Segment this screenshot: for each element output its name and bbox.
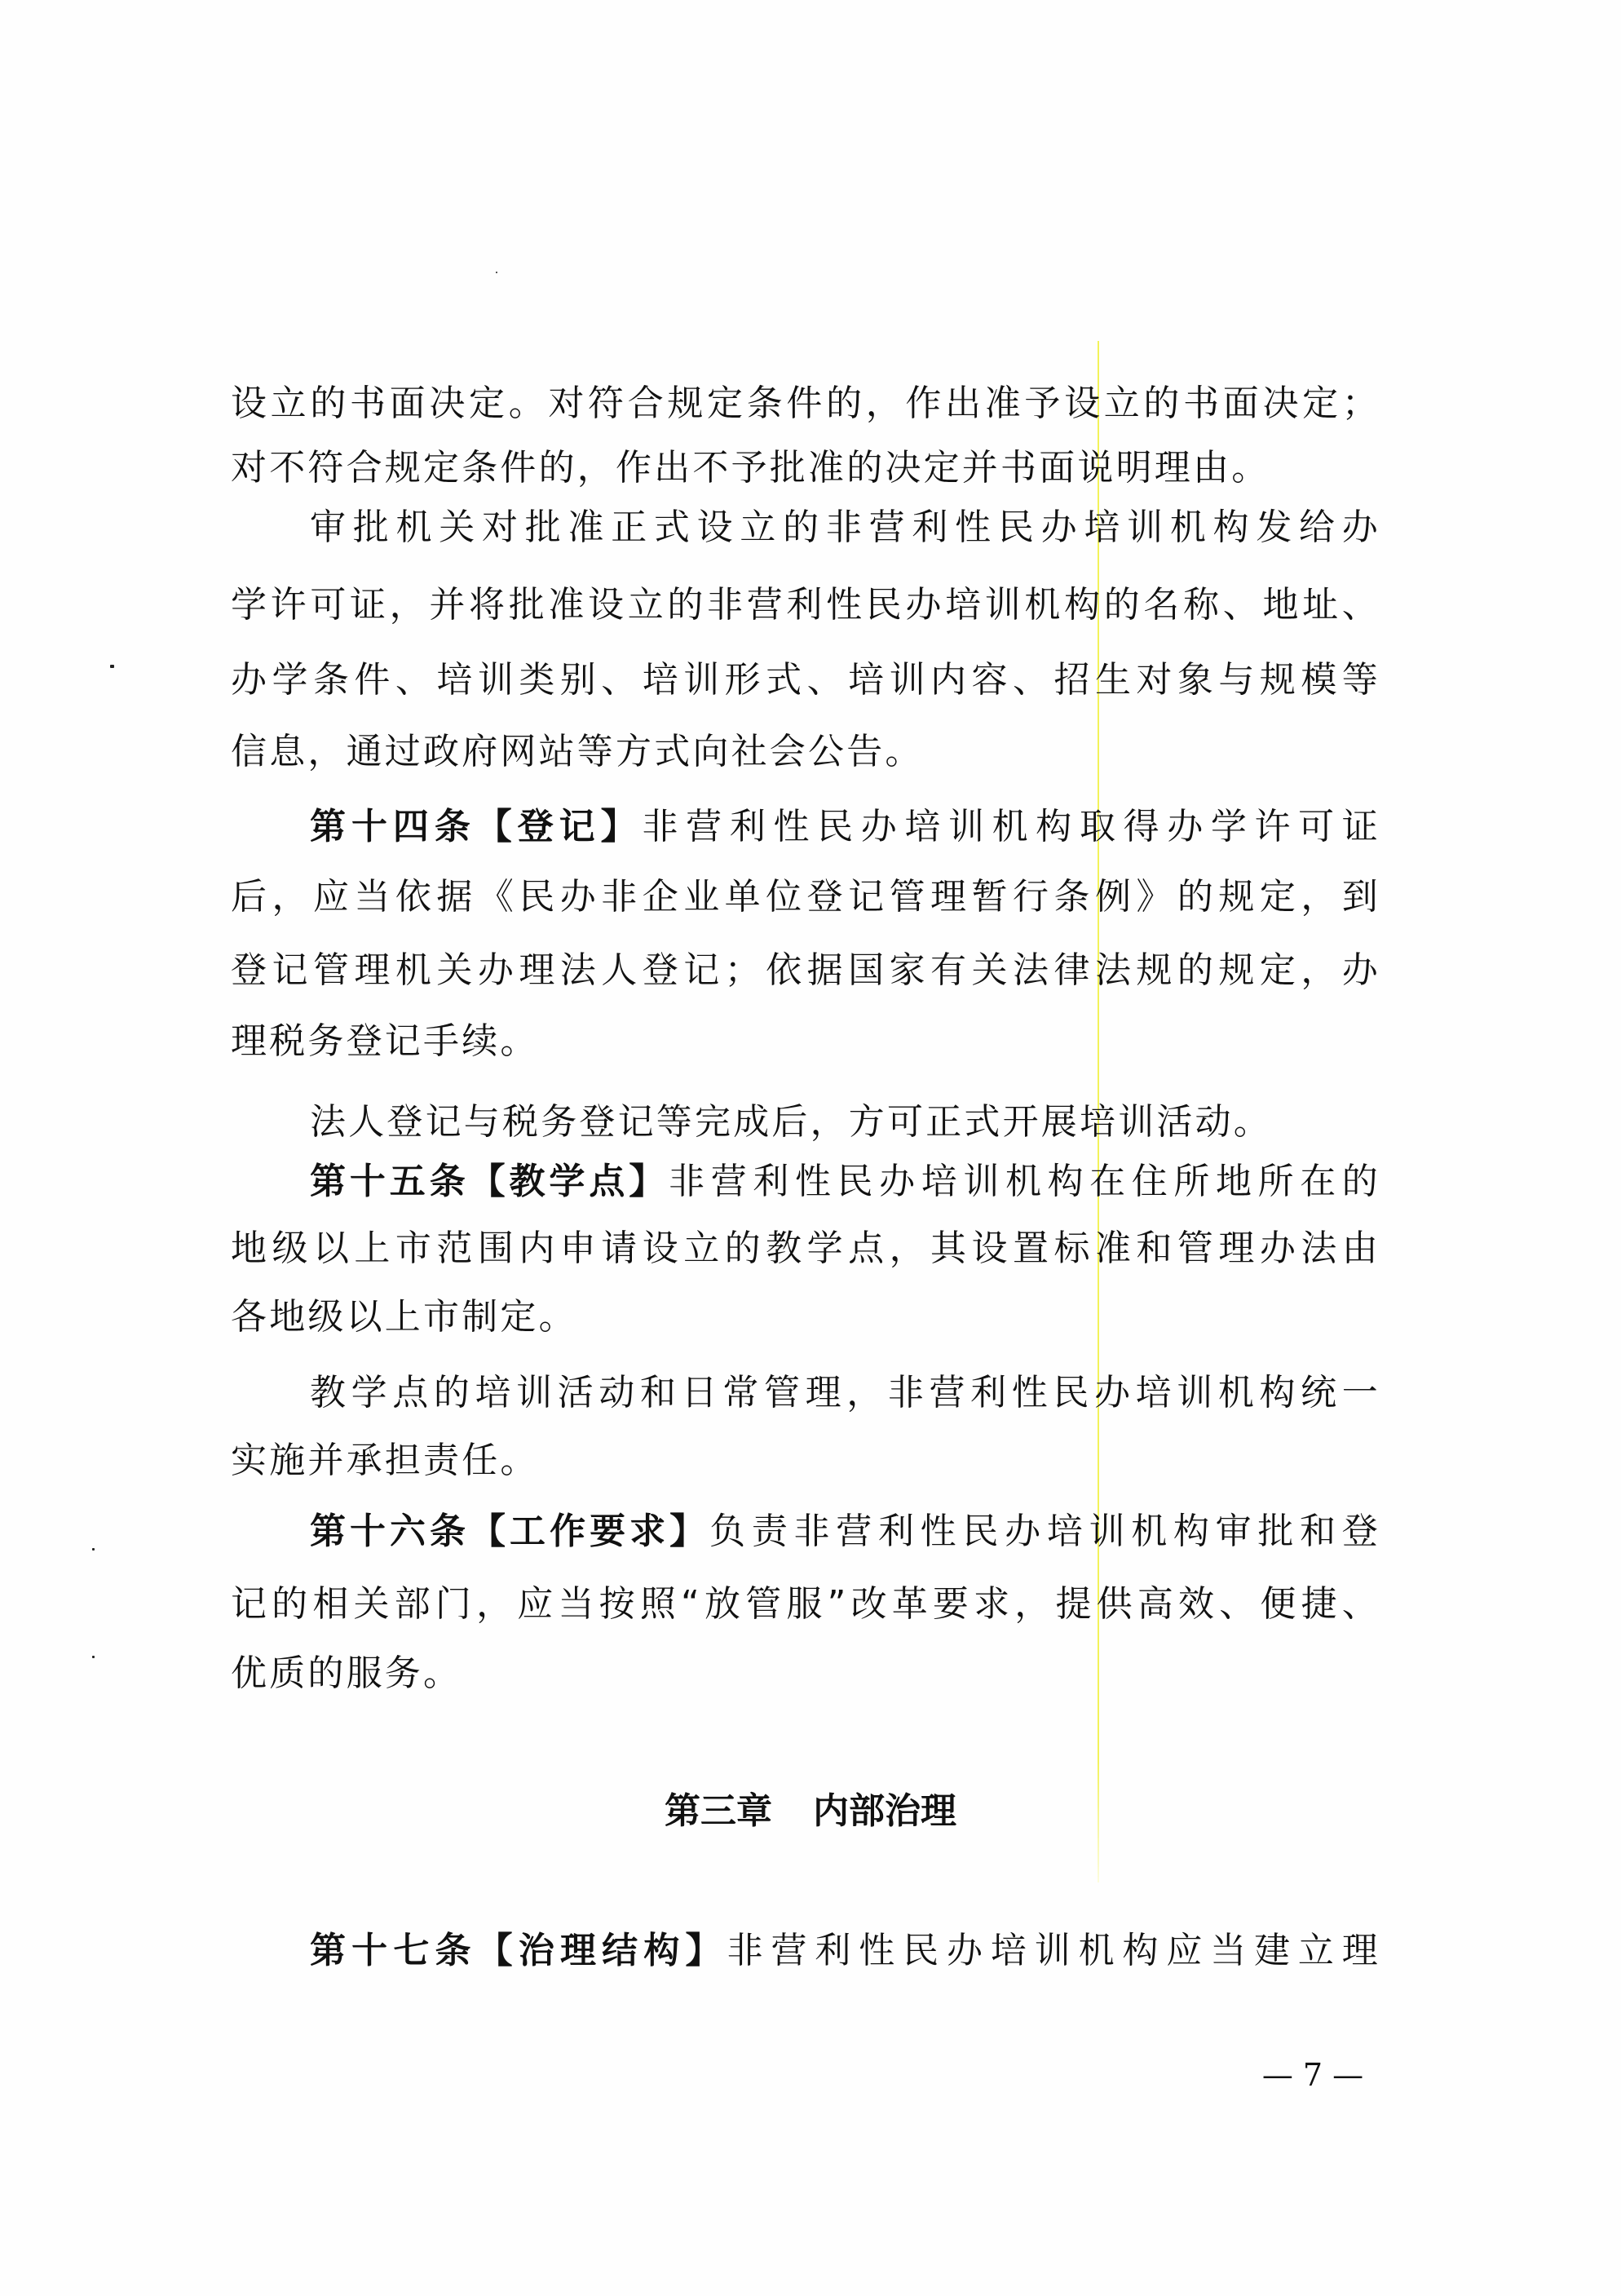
- chapter-heading: 第三章内部治理: [0, 1787, 1621, 1836]
- page-number: — 7 —: [1239, 2057, 1386, 2093]
- article-text: 非营利性民办培训机构在住所地所在的: [669, 1161, 1380, 1202]
- text-line: 对不符合规定条件的，作出不予批准的决定并书面说明理由。: [231, 444, 1380, 493]
- article-16-first-line: 第十六条【工作要求】负责非营利性民办培训机构审批和登: [310, 1507, 1380, 1556]
- article-heading: 第十五条【教学点】: [310, 1161, 669, 1202]
- scan-speck: [496, 272, 497, 273]
- article-17-first-line: 第十七条【治理结构】非营利性民办培训机构应当建立理: [310, 1927, 1380, 1975]
- article-text: 负责非营利性民办培训机构审批和登: [709, 1511, 1380, 1552]
- article-text: 非营利性民办培训机构应当建立理: [727, 1930, 1380, 1971]
- scanned-page: 设立的书面决定。对符合规定条件的，作出准予设立的书面决定； 对不符合规定条件的，…: [0, 0, 1621, 2296]
- text-line: 法人登记与税务登记等完成后，方可正式开展培训活动。: [310, 1098, 1380, 1147]
- text-line: 记的相关部门，应当按照“放管服”改革要求，提供高效、便捷、: [231, 1580, 1380, 1629]
- article-text: 非营利性民办培训机构取得办学许可证: [643, 806, 1380, 847]
- text-line: 教学点的培训活动和日常管理，非营利性民办培训机构统一: [310, 1369, 1380, 1418]
- text-line: 优质的服务。: [231, 1649, 1380, 1698]
- text-line: 学许可证，并将批准设立的非营利性民办培训机构的名称、地址、: [231, 581, 1380, 630]
- text-line: 登记管理机关办理法人登记；依据国家有关法律法规的规定，办: [231, 946, 1380, 995]
- text-line: 审批机关对批准正式设立的非营利性民办培训机构发给办: [310, 503, 1380, 552]
- chapter-title: 内部治理: [813, 1790, 956, 1832]
- text-line: 后，应当依据《民办非企业单位登记管理暂行条例》的规定，到: [231, 873, 1380, 922]
- text-line: 实施并承担责任。: [231, 1436, 1380, 1485]
- text-line: 地级以上市范围内申请设立的教学点，其设置标准和管理办法由: [231, 1224, 1380, 1273]
- text-line: 办学条件、培训类别、培训形式、培训内容、招生对象与规模等: [231, 656, 1380, 705]
- text-line: 各地级以上市制定。: [231, 1293, 1380, 1342]
- text-line: 信息，通过政府网站等方式向社会公告。: [231, 728, 1380, 776]
- article-heading: 第十六条【工作要求】: [310, 1511, 709, 1552]
- scan-speck: [92, 1656, 95, 1658]
- text-line: 设立的书面决定。对符合规定条件的，作出准予设立的书面决定；: [231, 379, 1380, 428]
- scan-speck: [92, 1548, 95, 1551]
- article-14-first-line: 第十四条【登记】非营利性民办培训机构取得办学许可证: [310, 803, 1380, 852]
- scan-speck: [110, 665, 114, 668]
- chapter-number: 第三章: [665, 1790, 772, 1832]
- article-15-first-line: 第十五条【教学点】非营利性民办培训机构在住所地所在的: [310, 1157, 1380, 1206]
- article-heading: 第十四条【登记】: [310, 806, 643, 847]
- text-line: 理税务登记手续。: [231, 1017, 1380, 1066]
- article-heading: 第十七条【治理结构】: [310, 1930, 727, 1971]
